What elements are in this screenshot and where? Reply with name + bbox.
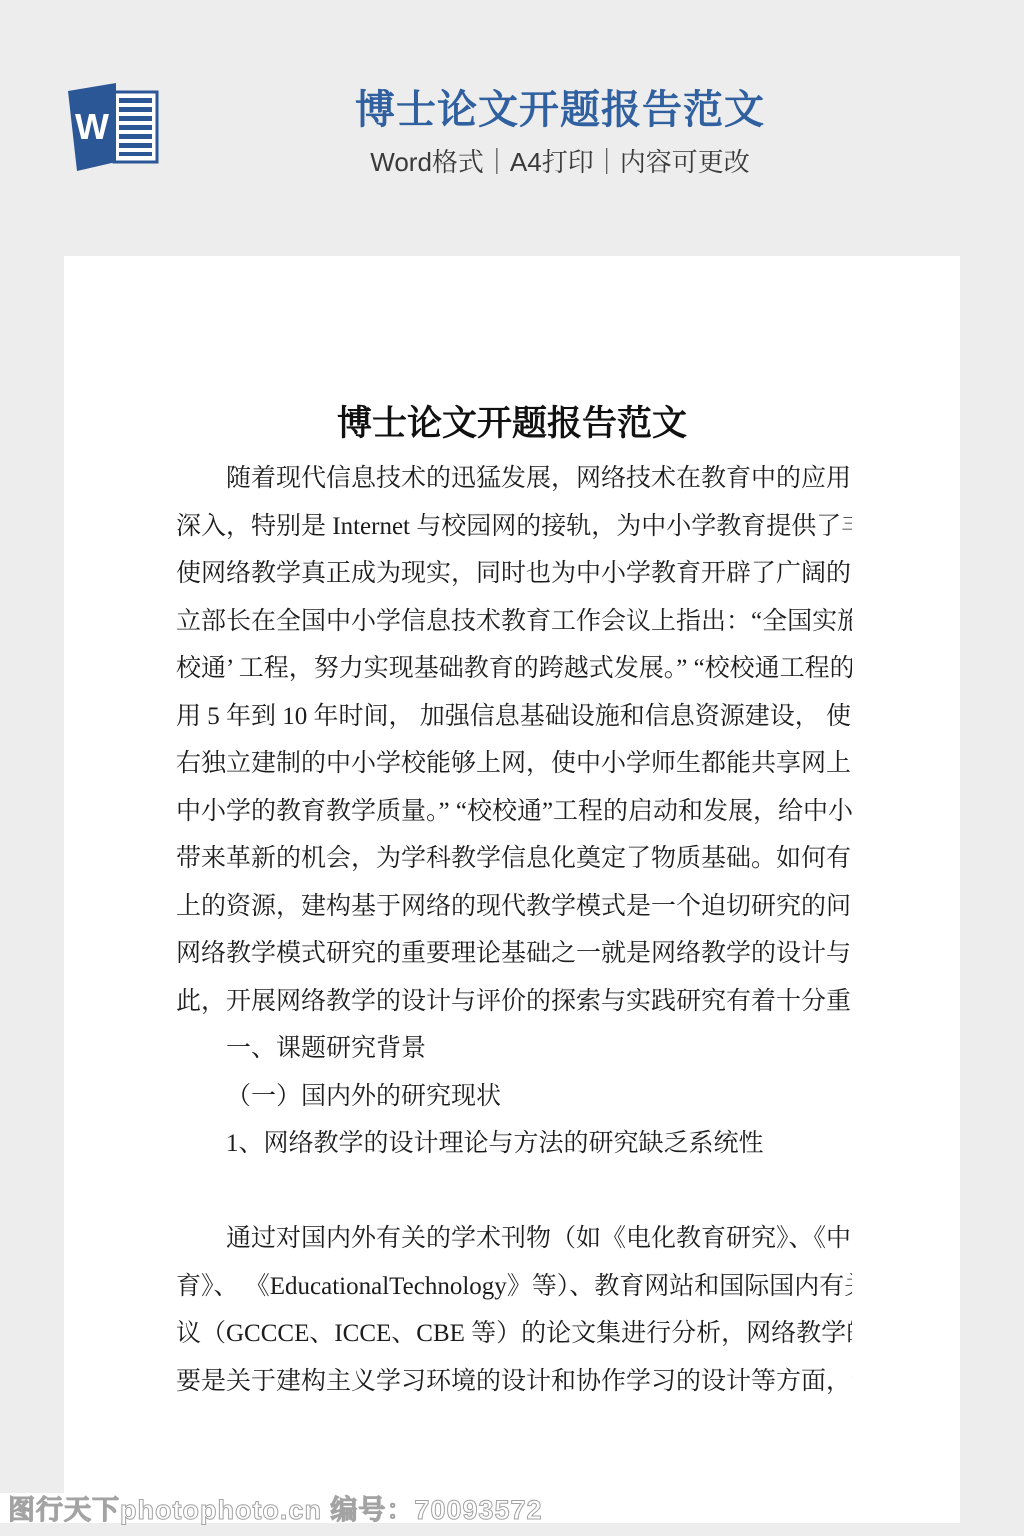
document-body: 随着现代信息技术的迅猛发展，网络技术在教育中的应用日益广泛和深入，特别是 Int… [64,455,960,1405]
template-title: 博士论文开题报告范文 [160,86,960,134]
word-icon-letter: W [75,106,109,147]
template-header: W 博士论文开题报告范文 Word格式｜A4打印｜内容可更改 [64,82,960,192]
text-line: 1、网络教学的设计理论与方法的研究缺乏系统性 [176,1120,852,1168]
word-icon: W [66,82,160,172]
document-title: 博士论文开题报告范文 [64,402,960,446]
text-line: 网络教学模式研究的重要理论基础之一就是网络教学的设计与评价。因 [176,930,852,978]
text-line: 中小学的教育教学质量。” “校校通”工程的启动和发展，给中小学教学 [176,788,852,836]
text-line: 要是关于建构主义学习环境的设计和协作学习的设计等方面，缺乏系统的 [176,1358,852,1406]
text-line: 用 5 年到 10 年时间， 加强信息基础设施和信息资源建设， 使全国 90%左 [176,693,852,741]
text-line: 议（GCCCE、ICCE、CBE 等）的论文集进行分析，网络教学的设计研究主 [176,1310,852,1358]
text-line: 带来革新的机会，为学科教学信息化奠定了物质基础。如何有效地利用网 [176,835,852,883]
text-line: 通过对国内外有关的学术刊物（如《电化教育研究》、《中国电化教 [176,1215,852,1263]
template-header-text: 博士论文开题报告范文 Word格式｜A4打印｜内容可更改 [160,86,960,178]
text-line: 随着现代信息技术的迅猛发展，网络技术在教育中的应用日益广泛和 [176,455,852,503]
document-page: 博士论文开题报告范文 随着现代信息技术的迅猛发展，网络技术在教育中的应用日益广泛… [64,256,960,1523]
text-line: 立部长在全国中小学信息技术教育工作会议上指出：“全国实施中小学‘校 [176,598,852,646]
text-line: 校通’ 工程，努力实现基础教育的跨越式发展。” “校校通工程的目标是 [176,645,852,693]
text-line: 育》、 《EducationalTechnology》等）、教育网站和国际国内有… [176,1263,852,1311]
text-line: 一、课题研究背景 [176,1025,852,1073]
watermark-text: 图行天下photophoto.cn 编号：70093572 [8,1488,543,1527]
text-line: 右独立建制的中小学校能够上网，使中小学师生都能共享网上资源，提高 [176,740,852,788]
text-line: 此，开展网络教学的设计与评价的探索与实践研究有着十分重要的意义。 [176,978,852,1026]
watermark-bar: 图行天下photophoto.cn 编号：70093572 [0,1493,960,1523]
text-line: （一）国内外的研究现状 [176,1073,852,1121]
page-background: { "header": { "title": "博士论文开题报告范文", "su… [0,0,1024,1536]
template-subtitle: Word格式｜A4打印｜内容可更改 [160,146,960,178]
text-line: 上的资源，建构基于网络的现代教学模式是一个迫切研究的问题，而开展 [176,883,852,931]
text-line [176,1168,852,1216]
text-line: 使网络教学真正成为现实，同时也为中小学教育开辟了广阔的前景。陈至 [176,550,852,598]
text-line: 深入，特别是 Internet 与校园网的接轨，为中小学教育提供了丰富的资源， [176,503,852,551]
